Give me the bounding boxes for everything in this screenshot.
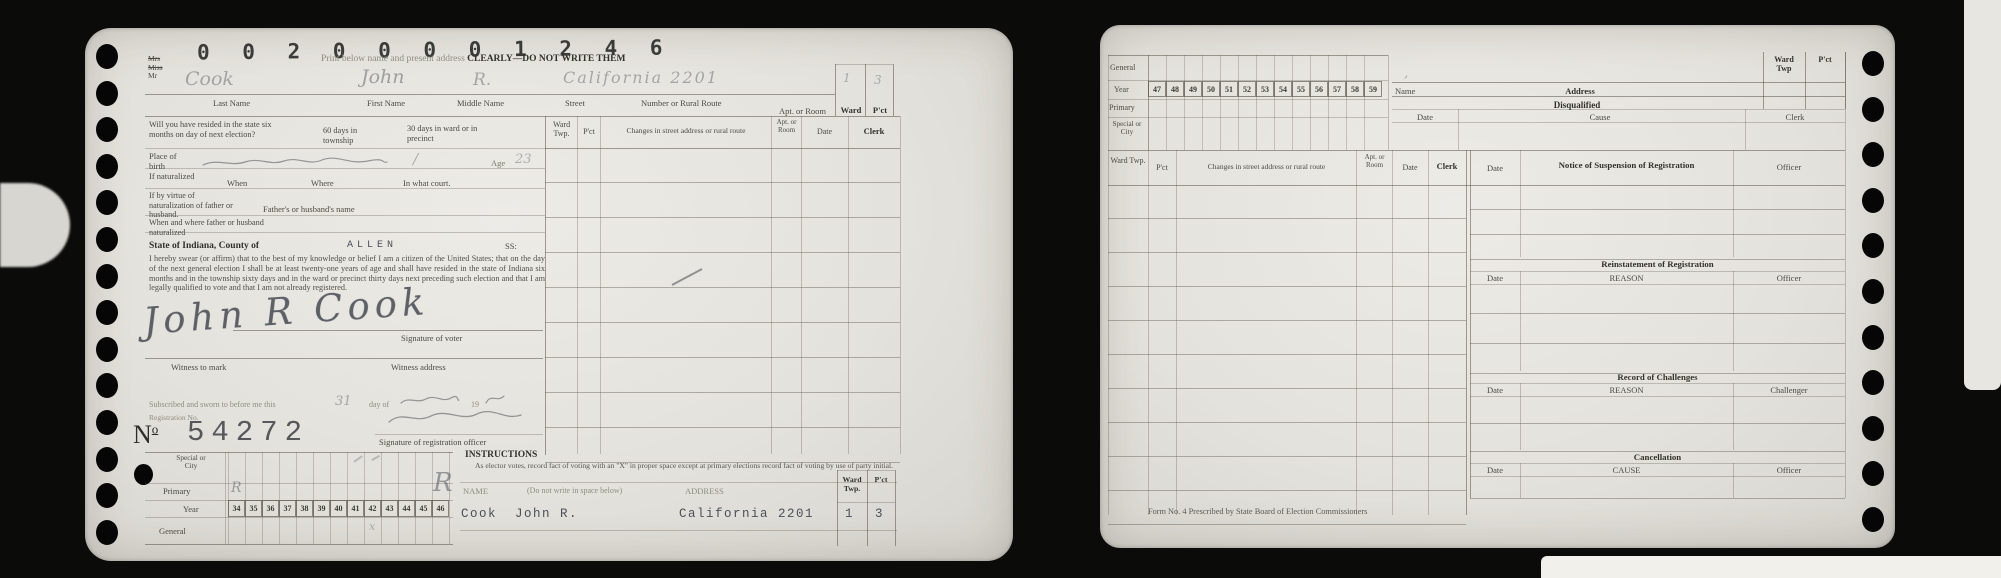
punch-hole [96, 520, 118, 545]
punch-hole [96, 190, 118, 215]
grid-column-line [1148, 55, 1166, 150]
question-rule [145, 148, 545, 149]
changes-grid-rows [1108, 185, 1466, 525]
year-cell: 56 [1310, 81, 1328, 97]
instructions-title: INSTRUCTIONS [465, 450, 537, 461]
year-cell: 45 [415, 500, 432, 517]
label-cancellation-date: Date [1471, 465, 1519, 475]
punch-hole [1862, 416, 1884, 441]
grid-column-line [432, 452, 449, 544]
section-line [1733, 383, 1734, 450]
suspension-title: Notice of Suspension of Registration [1521, 160, 1732, 170]
label-apt-or-room: Apt. or Room [779, 106, 826, 116]
label-signature-of-voter: Signature of voter [401, 333, 462, 343]
grid-column-line [296, 452, 313, 544]
label-signature-registration-officer: Signature of registration officer [379, 437, 486, 447]
punch-hole [1862, 279, 1884, 304]
scan-artifact-bottom-edge [1541, 556, 2001, 578]
no-sign-o: o [152, 421, 159, 436]
sworn-statement: Subscribed and sworn to before me this [149, 400, 276, 409]
written-ward-top: 1 [843, 71, 851, 85]
written-sworn-day: 31 [335, 394, 352, 409]
ward-box-rule [835, 64, 893, 65]
grid-column-line [1292, 55, 1310, 150]
grid-line [900, 116, 901, 454]
ward-table-line [895, 470, 896, 546]
punch-hole [96, 483, 118, 508]
empty-grid-row [1470, 314, 1845, 344]
empty-grid-row [1108, 457, 1466, 491]
officer-rule [375, 434, 543, 435]
label-reinstatement-date: Date [1471, 273, 1519, 283]
header-ward-twp: Ward Twp. [546, 120, 577, 139]
punch-hole [96, 264, 118, 289]
written-age: 23 [515, 152, 532, 167]
disqualified-rule [1392, 109, 1845, 110]
punch-holes-right [1862, 51, 1885, 532]
punch-hole [96, 44, 118, 69]
punch-hole [96, 300, 118, 325]
label-father-husband-name: Father's or husband's name [263, 204, 355, 214]
address-rule [1392, 96, 1845, 97]
label-state-county: State of Indiana, County of [149, 241, 259, 252]
grid-column-line [1184, 55, 1202, 150]
year-cell: 36 [262, 500, 279, 517]
label-if-naturalized: If naturalized [149, 171, 197, 181]
section-line [1520, 150, 1521, 257]
empty-grid-row [1108, 185, 1466, 219]
grid-column-line [1202, 55, 1220, 150]
written-middle-initial: R. [473, 70, 491, 90]
ward-box-line [835, 64, 836, 116]
label-place-of-birth: Place of birth [149, 151, 191, 171]
year-cell: 34 [228, 500, 245, 517]
empty-grid-row [545, 218, 900, 253]
punch-hole [96, 117, 118, 142]
year-cell: 55 [1292, 81, 1310, 97]
year-cell: 35 [245, 500, 262, 517]
year-cells: 34353637383940414243444546 [228, 500, 449, 517]
header-pct: P'ct [578, 127, 600, 136]
label-disqualified-date: Date [1396, 112, 1454, 122]
vote-grid-line [225, 452, 226, 544]
label-ward-bottom: Ward [838, 475, 866, 484]
ward-table-line [867, 470, 868, 546]
year-cell: 41 [347, 500, 364, 517]
header-clerk: Clerk [1429, 161, 1465, 171]
label-age: Age [491, 158, 505, 168]
reinstatement-title: Reinstatement of Registration [1470, 259, 1845, 269]
grid-column-line [262, 452, 279, 544]
prefix-mr: Mr [148, 72, 163, 81]
punch-hole [96, 81, 118, 106]
label-twp-bottom: Twp. [838, 484, 866, 493]
vote-grid-columns [1148, 55, 1382, 150]
header-changes: Changes in street address or rural route [602, 127, 770, 136]
name-row-rule [145, 94, 835, 95]
section-rule [1470, 463, 1845, 464]
challenges-rows [1470, 396, 1845, 452]
punch-hole [1862, 461, 1884, 486]
prefix-stack: Mrs Miss Mr [148, 55, 163, 81]
registration-card-back: General Year Primary Special or City 474… [1100, 25, 1895, 548]
label-do-not-write: (Do not write in space below) [527, 486, 622, 495]
grid-column-line [228, 452, 245, 544]
label-in-what-court: In what court. [403, 178, 450, 188]
header-ward-twp: Ward Twp. [1109, 156, 1147, 165]
label-middle-name: Middle Name [457, 98, 504, 108]
header-apt-or-room: Apt. or Room [772, 118, 801, 135]
punch-hole [1862, 97, 1884, 122]
section-rule [1470, 383, 1845, 384]
question-60-days: 60 days in township [323, 126, 385, 146]
label-cancellation-cause: CAUSE [1521, 465, 1732, 475]
empty-grid-row [545, 148, 900, 183]
year-cell: 53 [1256, 81, 1274, 97]
footer-rule [460, 482, 897, 483]
label-when: When [227, 178, 247, 188]
grid-line [1466, 150, 1467, 515]
suspension-rows [1470, 185, 1845, 260]
punch-hole [96, 373, 118, 398]
header-date: Date [1393, 163, 1427, 172]
punch-hole [1862, 233, 1884, 258]
question-residency: Will you have resided in the state six m… [149, 120, 284, 140]
empty-grid-row [1470, 284, 1845, 314]
section-line [1520, 271, 1521, 371]
label-first-name: First Name [367, 98, 405, 108]
punch-hole [96, 227, 118, 252]
empty-grid-row [1108, 355, 1466, 389]
grid-column-line [347, 452, 364, 544]
disqualified-line [1745, 109, 1746, 150]
label-witness-to-mark: Witness to mark [171, 362, 226, 372]
label-ss: SS: [505, 241, 517, 251]
label-challenges-date: Date [1471, 385, 1519, 395]
empty-grid-row [545, 323, 900, 358]
typed-pct-value: 3 [875, 507, 883, 521]
header-suspension-date: Date [1471, 163, 1519, 173]
punch-hole [1862, 188, 1884, 213]
vote-grid-line [1388, 55, 1389, 150]
section-line [1733, 271, 1734, 371]
registration-number: 54272 [187, 416, 309, 449]
ward-table-rule [837, 502, 895, 503]
pen-mark-slash: / [413, 150, 418, 168]
print-clearly-note: Print below name and present address CLE… [321, 54, 625, 65]
label-pct-box: P'ct [1806, 55, 1844, 64]
grid-column-line [381, 452, 398, 544]
section-line [1520, 383, 1521, 450]
grid-column-line [1328, 55, 1346, 150]
label-disqualified-clerk: Clerk [1745, 112, 1845, 122]
section-line [1733, 150, 1734, 257]
grid-column-line [245, 452, 262, 544]
ward-box-line [865, 64, 866, 116]
name-rule [1392, 82, 1845, 83]
label-last-name: Last Name [213, 98, 250, 108]
empty-grid-row [545, 288, 900, 323]
label-address-caps: ADDRESS [685, 486, 724, 496]
handwriting-scribble-year [483, 391, 507, 407]
empty-grid-row [1108, 253, 1466, 287]
label-reinstatement-reason: REASON [1521, 273, 1732, 283]
grid-column-line [313, 452, 330, 544]
label-cancellation-officer: Officer [1734, 465, 1844, 475]
punch-hole [96, 410, 118, 435]
header-date: Date [802, 127, 847, 136]
label-street: Street [565, 98, 585, 108]
cancellation-rows [1470, 476, 1845, 499]
year-cell: 47 [1148, 81, 1166, 97]
empty-grid-row [1108, 389, 1466, 423]
year-cells: 47484950515253545556575859 [1148, 81, 1382, 97]
footer-bottom-rule [460, 530, 897, 531]
year-cell: 43 [381, 500, 398, 517]
year-cell: 49 [1184, 81, 1202, 97]
empty-grid-row [1470, 476, 1845, 499]
label-address: Address [1480, 86, 1680, 96]
empty-grid-row [1470, 344, 1845, 374]
year-cell: 50 [1202, 81, 1220, 97]
handwriting-scribble-officer [385, 406, 525, 428]
punch-hole [1862, 51, 1884, 76]
year-cell: 51 [1220, 81, 1238, 97]
scan-artifact-right-edge [1964, 0, 2001, 390]
grid-column-line [1310, 55, 1328, 150]
empty-grid-row [1108, 423, 1466, 457]
grid-column-line [1256, 55, 1274, 150]
row-label-primary: Primary [1109, 103, 1135, 112]
year-cell: 58 [1346, 81, 1364, 97]
grid-column-line [1346, 55, 1364, 150]
punch-holes-left [96, 44, 119, 545]
print-note-prefix: Print below name and present address [321, 54, 465, 64]
scan-artifact-left-edge [0, 183, 70, 267]
primary-vote-mark-34: R [231, 480, 242, 496]
punch-hole [1862, 507, 1884, 532]
handwriting-scribble-birth [200, 154, 390, 170]
year-cell: 54 [1274, 81, 1292, 97]
label-virtue-naturalization: If by virtue of naturalization of father… [149, 191, 241, 220]
empty-grid-row [1108, 287, 1466, 321]
changes-grid-rows [545, 148, 900, 463]
reinstatement-rows [1470, 284, 1845, 374]
year-cell: 59 [1364, 81, 1382, 97]
year-cell: 46 [432, 500, 449, 517]
disqualified-rule [1392, 122, 1845, 123]
year-cell: 40 [330, 500, 347, 517]
form-number-footer: Form No. 4 Prescribed by State Board of … [1148, 507, 1367, 517]
punch-hole [96, 154, 118, 179]
grid-top-rule [145, 116, 900, 117]
empty-grid-row [1470, 185, 1845, 210]
section-rule [1470, 271, 1845, 272]
witness-rule [145, 358, 543, 359]
grid-column-line [398, 452, 415, 544]
print-note-bold: CLEARLY—DO NOT WRITE THEM [467, 54, 625, 64]
grid-column-line [1364, 55, 1382, 150]
year-cell: 52 [1238, 81, 1256, 97]
label-where: Where [311, 178, 334, 188]
written-pct-top: 3 [874, 73, 882, 87]
label-witness-address: Witness address [391, 362, 446, 372]
row-label-year: Year [183, 504, 199, 514]
empty-grid-row [545, 393, 900, 428]
typed-voter-name: Cook John R. [461, 507, 578, 521]
empty-grid-row [1108, 219, 1466, 253]
year-cell: 39 [313, 500, 330, 517]
header-changes: Changes in street address or rural route [1178, 163, 1355, 172]
registration-card-front: 0 0 2 0 0 0 0 1 2 4 6 Print below name a… [85, 28, 1013, 561]
label-pct: P'ct [867, 105, 893, 115]
row-label-special-or-city: Special or City [1108, 120, 1146, 136]
instructions-body: As elector votes, record fact of voting … [475, 461, 897, 470]
punch-hole [96, 447, 118, 472]
row-label-general: General [159, 526, 186, 536]
header-clerk: Clerk [849, 126, 899, 136]
punch-hole [1862, 142, 1884, 167]
question-30-days: 30 days in ward or in precinct [407, 124, 485, 144]
written-first-name: John [361, 66, 405, 88]
header-apt-or-room: Apt. or Room [1358, 153, 1391, 170]
challenges-title: Record of Challenges [1470, 372, 1845, 382]
year-cell: 37 [279, 500, 296, 517]
year-cell: 57 [1328, 81, 1346, 97]
punch-hole [96, 337, 118, 362]
ward-box-line [893, 64, 894, 116]
registration-no-sign: No [133, 420, 158, 451]
label-challenges-reason: REASON [1521, 385, 1732, 395]
label-when-where-naturalized: When and where father or husband natural… [149, 218, 269, 237]
empty-grid-row [1470, 396, 1845, 424]
row-label-primary: Primary [163, 486, 190, 496]
empty-grid-row [1470, 210, 1845, 235]
question-rule [145, 188, 545, 189]
year-cell: 44 [398, 500, 415, 517]
label-disqualified-cause: Cause [1460, 112, 1740, 122]
written-last-name: Cook [185, 68, 234, 90]
empty-grid-row [545, 428, 900, 463]
header-suspension-officer: Officer [1734, 162, 1844, 172]
empty-grid-row [545, 253, 900, 288]
section-line [1733, 463, 1734, 498]
grid-column-line [1274, 55, 1292, 150]
label-twp-box: Twp [1764, 64, 1804, 73]
vote-grid-rule [1108, 150, 1845, 151]
typed-voter-address: California 2201 [679, 507, 814, 521]
pen-mark-apostrophe: , [1404, 65, 1408, 81]
empty-grid-row [1470, 235, 1845, 260]
vote-grid-rule [145, 544, 453, 545]
punch-hole [1862, 325, 1884, 350]
grid-column-line [415, 452, 432, 544]
row-label-year: Year [1114, 85, 1129, 94]
header-pct: P'ct [1149, 163, 1175, 172]
disqualified-line [1458, 109, 1459, 150]
year-cell: 48 [1166, 81, 1184, 97]
empty-grid-row [545, 183, 900, 218]
year-cell: 38 [296, 500, 313, 517]
label-reinstatement-officer: Officer [1734, 273, 1844, 283]
vote-grid-line [449, 452, 450, 544]
grid-line [1845, 52, 1846, 498]
primary-vote-mark-46: R [433, 468, 453, 498]
grid-column-line [1238, 55, 1256, 150]
cancellation-title: Cancellation [1470, 452, 1845, 462]
section-line [1520, 463, 1521, 498]
row-label-special-or-city: Special or City [173, 454, 209, 470]
label-challenges-challenger: Challenger [1734, 385, 1844, 395]
label-name-caps: NAME [463, 486, 488, 496]
empty-grid-row [1108, 321, 1466, 355]
ward-table-rule [837, 470, 895, 471]
general-vote-mark-42: x [369, 520, 375, 533]
label-name: Name [1395, 86, 1415, 96]
empty-grid-row [1470, 424, 1845, 452]
empty-grid-row [545, 358, 900, 393]
punch-hole-offset [134, 464, 153, 485]
row-label-general: General [1110, 63, 1135, 72]
label-ward: Ward [837, 105, 865, 115]
grid-column-line [330, 452, 347, 544]
microfilm-scan: 0 0 2 0 0 0 0 1 2 4 6 Print below name a… [0, 0, 2001, 578]
year-cell: 42 [364, 500, 381, 517]
grid-column-line [1166, 55, 1184, 150]
label-pct-bottom: P'ct [869, 475, 893, 484]
punch-hole [1862, 370, 1884, 395]
typed-county: ALLEN [347, 240, 397, 251]
no-sign-n: N [133, 420, 152, 449]
written-street: California 2201 [563, 68, 719, 87]
handwriting-scribble-month [399, 393, 461, 407]
signature-rule [233, 330, 543, 331]
label-number-rural-route: Number or Rural Route [641, 98, 722, 108]
grid-column-line [279, 452, 296, 544]
grid-column-line [1220, 55, 1238, 150]
typed-ward-value: 1 [845, 507, 853, 521]
vote-grid-columns [228, 452, 449, 544]
